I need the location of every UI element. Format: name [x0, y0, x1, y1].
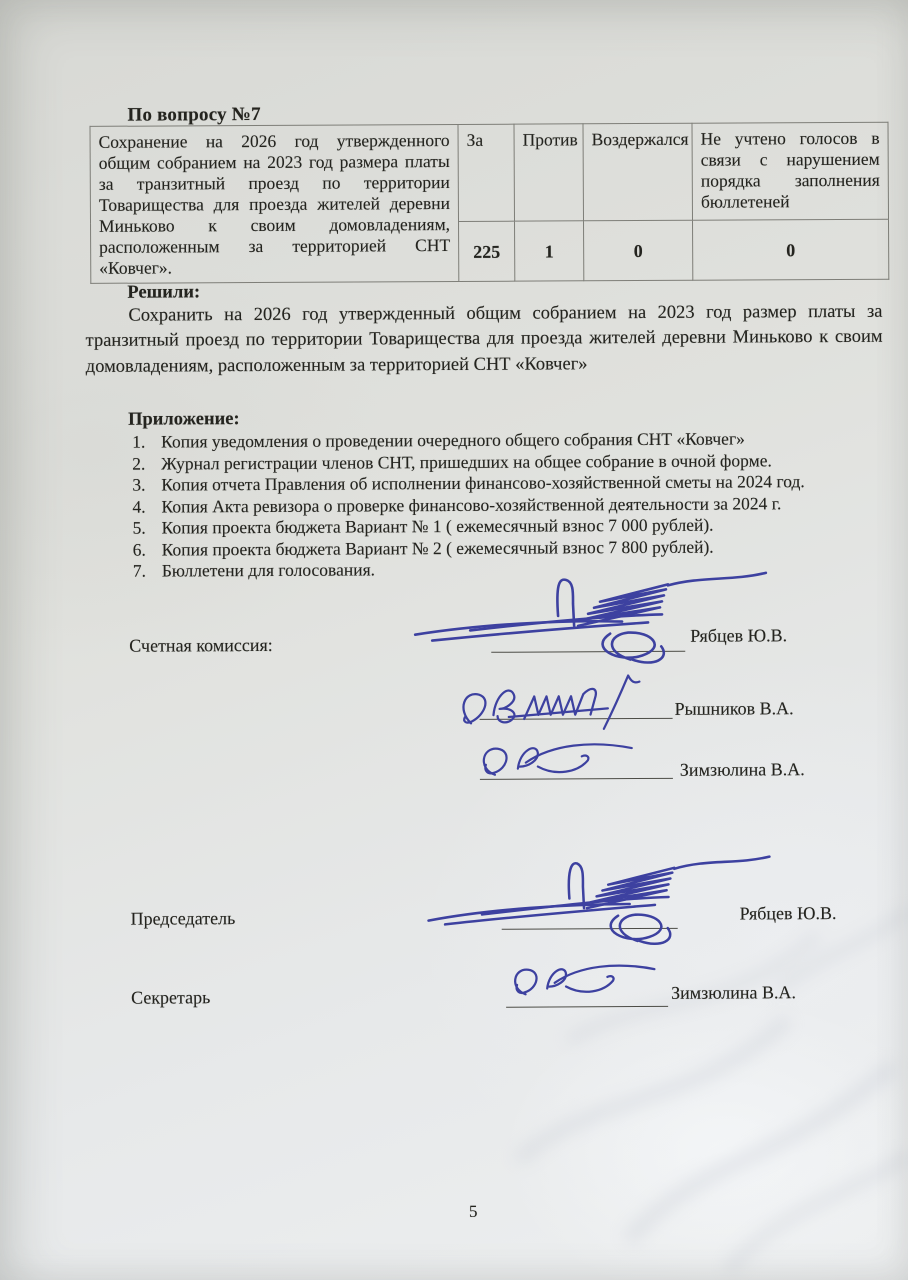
signature-ryabtsev-image — [423, 846, 774, 958]
votes-for-value: 225 — [459, 221, 515, 281]
column-header-vozderzhalsya: Воздержался — [583, 123, 693, 221]
page-number: 5 — [461, 1202, 485, 1222]
list-item-text: Копия отчета Правления об исполнении фин… — [161, 471, 804, 495]
resolution-paragraph: Сохранить на 2026 год утвержденный общим… — [85, 300, 882, 380]
list-item-number: 6. — [133, 539, 162, 560]
votes-abstained-value: 0 — [584, 220, 693, 280]
signer-name: Рышников В.А. — [675, 698, 794, 720]
votes-invalid-value: 0 — [693, 219, 889, 280]
list-item-number: 4. — [132, 496, 161, 517]
counting-commission-label: Счетная комиссия: — [129, 635, 273, 657]
list-item-number: 5. — [133, 518, 162, 539]
question-text-cell: Сохранение на 2026 год утвержденного общ… — [90, 124, 459, 283]
resolution-heading: Решили: — [127, 282, 200, 303]
list-item-number: 2. — [132, 453, 161, 474]
list-item-text: Копия уведомления о проведении очередног… — [161, 428, 745, 452]
chairman-label: Председатель — [131, 908, 236, 930]
list-item-text: Копия проекта бюджета Вариант № 1 ( ежем… — [162, 515, 714, 539]
question-heading: По вопросу №7 — [127, 104, 260, 127]
scanned-paper-sheet: По вопросу №7 Сохранение на 2026 год утв… — [0, 0, 908, 1280]
list-item-number: 7. — [133, 561, 162, 582]
signature-zimzyulina-image — [465, 732, 645, 788]
list-item-text: Копия проекта бюджета Вариант № 2 ( ежем… — [162, 536, 714, 560]
signature-zimzyulina-image — [502, 951, 662, 1010]
column-header-ne-uchteno: Не учтено голосов в связи с нарушением п… — [692, 122, 889, 220]
list-item-number: 3. — [132, 475, 161, 496]
list-item: 4. Копия Акта ревизора о проверке финанс… — [132, 493, 844, 518]
signer-name: Зимзюлина В.А. — [671, 982, 796, 1004]
voting-results-table: Сохранение на 2026 год утвержденного общ… — [90, 122, 890, 284]
document-page: По вопросу №7 Сохранение на 2026 год утв… — [0, 0, 908, 1280]
list-item-text: Копия Акта ревизора о проверке финансово… — [161, 493, 781, 517]
signature-ryabtsev-image — [410, 568, 771, 675]
column-header-za: За — [458, 124, 515, 221]
votes-against-value: 1 — [515, 221, 584, 281]
signature-ryshnikov-image — [452, 669, 687, 732]
signer-name: Зимзюлина В.А. — [680, 759, 805, 781]
attachments-list: 1. Копия уведомления о проведении очеред… — [132, 428, 845, 583]
attachments-heading: Приложение: — [128, 409, 240, 431]
secretary-label: Секретарь — [131, 987, 210, 1008]
list-item-number: 1. — [132, 432, 161, 453]
list-item-text: Журнал регистрации членов СНТ, пришедших… — [161, 450, 772, 474]
column-header-protiv: Против — [514, 124, 584, 221]
list-item-text: Бюллетени для голосования. — [162, 560, 375, 582]
